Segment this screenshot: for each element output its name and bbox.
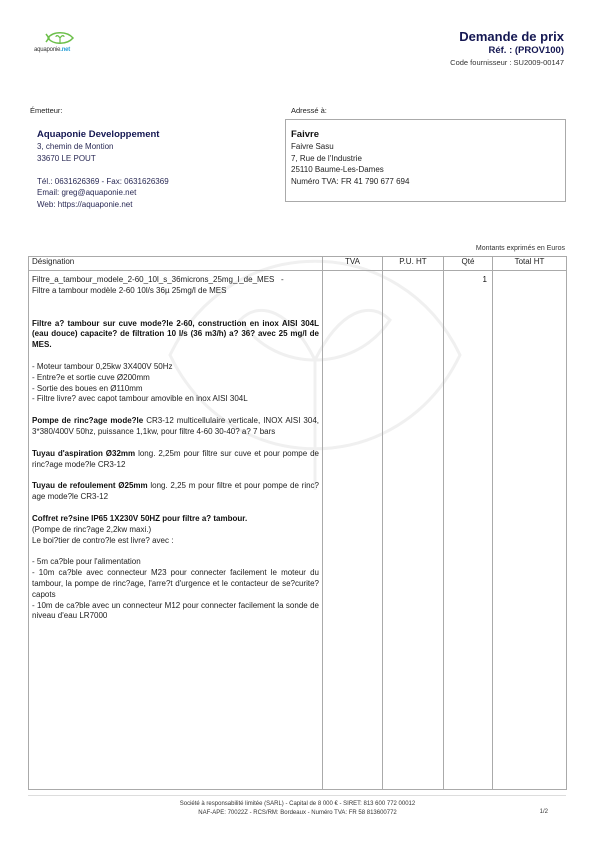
- row-tva: [323, 271, 383, 790]
- legal-footer: Société à responsabilité limitée (SARL) …: [0, 800, 595, 818]
- col-tva: TVA: [323, 257, 383, 271]
- emitter-label: Émetteur:: [30, 106, 63, 115]
- page-number: 1/2: [540, 809, 548, 815]
- recipient-name: Faivre: [291, 129, 319, 140]
- supplier-code: Code fournisseur : SU2009-00147: [450, 58, 564, 67]
- document-title: Demande de prix: [459, 29, 564, 44]
- emitter-name: Aquaponie Developpement: [37, 129, 159, 140]
- col-unit-price: P.U. HT: [383, 257, 444, 271]
- recipient-vat: Numéro TVA: FR 41 790 677 694: [291, 176, 409, 188]
- col-total: Total HT: [493, 257, 567, 271]
- document-reference: Réf. : (PROV100): [489, 45, 565, 56]
- items-table: Désignation TVA P.U. HT Qté Total HT Fil…: [28, 256, 567, 790]
- logo-text: aquaponie.net: [34, 47, 70, 53]
- table-header-row: Désignation TVA P.U. HT Qté Total HT: [29, 257, 567, 271]
- emitter-email[interactable]: Email: greg@aquaponie.net: [37, 187, 169, 199]
- detail-suction-hose: Tuyau d'aspiration Ø32mm long. 2,25m pou…: [32, 449, 319, 471]
- detail-discharge-hose: Tuyau de refoulement Ø25mm long. 2,25 m …: [32, 481, 319, 503]
- table-row: Filtre_a_tambour_modele_2-60_10l_s_36mic…: [29, 271, 567, 790]
- detail-control-box: Coffret re?sine IP65 1X230V 50HZ pour fi…: [32, 514, 319, 622]
- detail-bullets-1: - Moteur tambour 0,25kw 3X400V 50Hz - En…: [32, 362, 319, 405]
- emitter-address: 3, chemin de Montion 33670 LE POUT Tél.:…: [37, 141, 169, 210]
- emitter-phone: Tél.: 0631626369 - Fax: 0631626369: [37, 176, 169, 188]
- col-quantity: Qté: [444, 257, 493, 271]
- detail-filter: Filtre a? tambour sur cuve mode?le 2-60,…: [32, 319, 319, 350]
- company-logo: aquaponie.net: [30, 30, 90, 56]
- footer-divider: [28, 795, 566, 796]
- detail-pump: Pompe de rinc?age mode?le CR3-12 multice…: [32, 416, 319, 438]
- row-unit-price: [383, 271, 444, 790]
- row-total: [493, 271, 567, 790]
- currency-note: Montants exprimés en Euros: [476, 245, 565, 252]
- row-quantity: 1: [444, 271, 493, 790]
- emitter-website[interactable]: Web: https://aquaponie.net: [37, 199, 169, 211]
- product-label: Filtre a tambour modèle 2-60 10l/s 36µ 2…: [32, 286, 319, 297]
- row-designation: Filtre_a_tambour_modele_2-60_10l_s_36mic…: [29, 271, 323, 790]
- product-ref: Filtre_a_tambour_modele_2-60_10l_s_36mic…: [32, 275, 319, 286]
- recipient-label: Adressé à:: [291, 106, 327, 115]
- col-designation: Désignation: [29, 257, 323, 271]
- fish-sprout-icon: [45, 30, 75, 46]
- recipient-address: Faivre Sasu 7, Rue de l'Industrie 25110 …: [291, 141, 409, 187]
